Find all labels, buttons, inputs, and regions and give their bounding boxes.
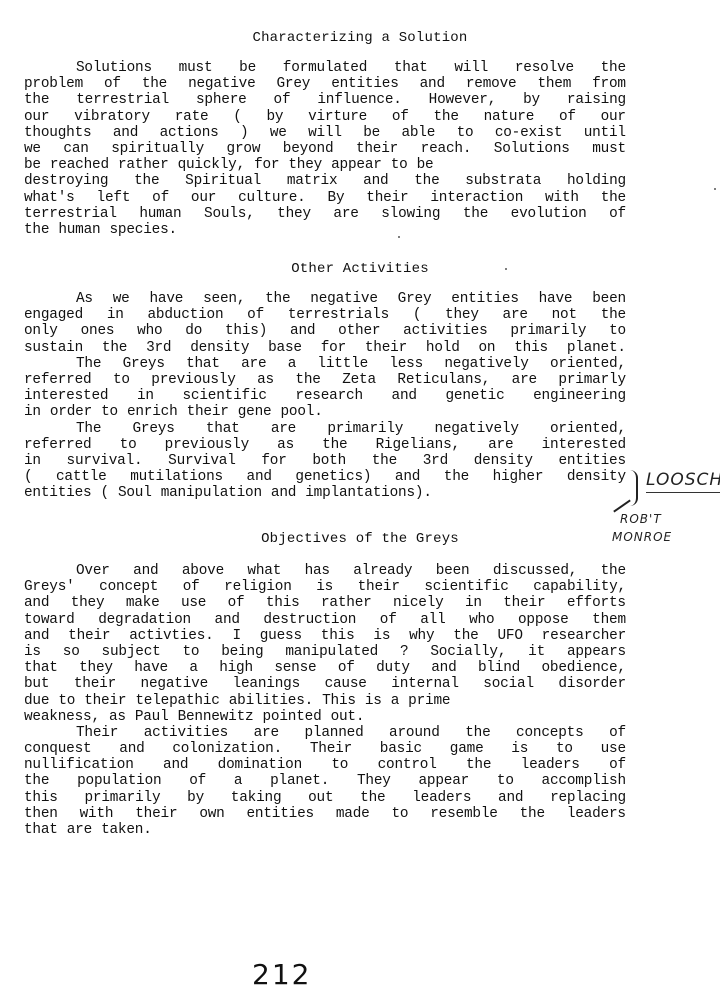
- section-heading-characterizing-solution: Characterizing a Solution: [0, 30, 720, 46]
- text-line: theterrestrialsphereofinfluence.However,…: [24, 92, 626, 108]
- text-line: TheGreysthatareprimarilynegativelyorient…: [24, 421, 626, 437]
- text-line: thepopulationofaplanet.Theyappeartoaccom…: [24, 773, 626, 789]
- scan-speck: [714, 188, 716, 190]
- text-line: insurvival.Survivalforboththe3rddensitye…: [24, 453, 626, 469]
- text-line: nullificationanddominationtocontrolthele…: [24, 757, 626, 773]
- text-line: buttheirnegativeleaningscauseinternalsoc…: [24, 676, 626, 692]
- scan-speck: [398, 236, 400, 238]
- text-line: conquestandcolonization.Theirbasicgameis…: [24, 741, 626, 757]
- text-line: Aswehaveseen,thenegativeGreyentitieshave…: [24, 291, 626, 307]
- margin-note-robt: ROB'T: [620, 512, 662, 526]
- text-line: referredtopreviouslyastheRigelians,arein…: [24, 437, 626, 453]
- text-line: entities(Soulmanipulationandimplantation…: [24, 485, 626, 501]
- text-line: (cattlemutilationsandgenetics)andthehigh…: [24, 469, 626, 485]
- text-line: thataretaken.: [24, 822, 626, 838]
- text-line: inordertoenrichtheirgenepool.: [24, 404, 626, 420]
- text-line: bereachedratherquickly,fortheyappeartobe: [24, 157, 626, 173]
- text-line: engagedinabductionofterrestrials(theyare…: [24, 307, 626, 323]
- margin-note-underline: [646, 492, 720, 493]
- text-line: TheGreysthatarealittlelessnegativelyorie…: [24, 356, 626, 372]
- text-line: thenwiththeirownentitiesmadetoresembleth…: [24, 806, 626, 822]
- text-line: thoughtsandactions)wewillbeabletoco-exis…: [24, 125, 626, 141]
- margin-note-loosch: LOOSCH: [646, 470, 720, 490]
- section-heading-other-activities: Other Activities: [0, 261, 720, 277]
- text-line: Greys'conceptofreligionistheirscientific…: [24, 579, 626, 595]
- text-line: thehumanspecies.: [24, 222, 626, 238]
- scan-speck: [505, 268, 507, 270]
- text-line: onlyoneswhodothis)andotheractivitiesprim…: [24, 323, 626, 339]
- text-line: terrestrialhumanSouls,theyareslowingthee…: [24, 206, 626, 222]
- text-line: sustainthe3rddensitybasefortheirholdonth…: [24, 340, 626, 356]
- document-page: Characterizing a Solution Solutionsmustb…: [0, 0, 720, 1008]
- text-line: duetotheirtelepathicabilities.Thisisapri…: [24, 693, 626, 709]
- text-line: andtheymakeuseofthisrathernicelyintheire…: [24, 595, 626, 611]
- page-number: 212: [252, 958, 311, 991]
- text-line: Theiractivitiesareplannedaroundtheconcep…: [24, 725, 626, 741]
- text-line: Solutionsmustbeformulatedthatwillresolve…: [24, 60, 626, 76]
- paragraph-characterizing-solution: Solutionsmustbeformulatedthatwillresolve…: [24, 60, 626, 238]
- paragraph-objectives: Overandabovewhathasalreadybeendiscussed,…: [24, 563, 626, 838]
- text-line: destroyingtheSpiritualmatrixandthesubstr…: [24, 173, 626, 189]
- text-line: ourvibratoryrate(byvirtureofthenatureofo…: [24, 109, 626, 125]
- text-line: issosubjecttobeingmanipulated?Socially,i…: [24, 644, 626, 660]
- margin-note-monroe: MONROE: [612, 530, 672, 544]
- text-line: problemofthenegativeGreyentitiesandremov…: [24, 76, 626, 92]
- text-line: Overandabovewhathasalreadybeendiscussed,…: [24, 563, 626, 579]
- text-line: referredtopreviouslyastheZetaReticulans,…: [24, 372, 626, 388]
- text-line: thisprimarilybytakingouttheleadersandrep…: [24, 790, 626, 806]
- text-line: towarddegradationanddestructionofallwhoo…: [24, 612, 626, 628]
- text-line: what'sleftofourculture.Bytheirinteractio…: [24, 190, 626, 206]
- text-line: weakness,asPaulBennewitzpointedout.: [24, 709, 626, 725]
- text-line: interestedinscientificresearchandgenetic…: [24, 388, 626, 404]
- text-line: andtheiractivties.IguessthisiswhytheUFOr…: [24, 628, 626, 644]
- paragraph-other-activities: Aswehaveseen,thenegativeGreyentitieshave…: [24, 291, 626, 501]
- text-line: thattheyhaveahighsenseofdutyandblindobed…: [24, 660, 626, 676]
- text-line: wecanspirituallygrowbeyondtheirreach.Sol…: [24, 141, 626, 157]
